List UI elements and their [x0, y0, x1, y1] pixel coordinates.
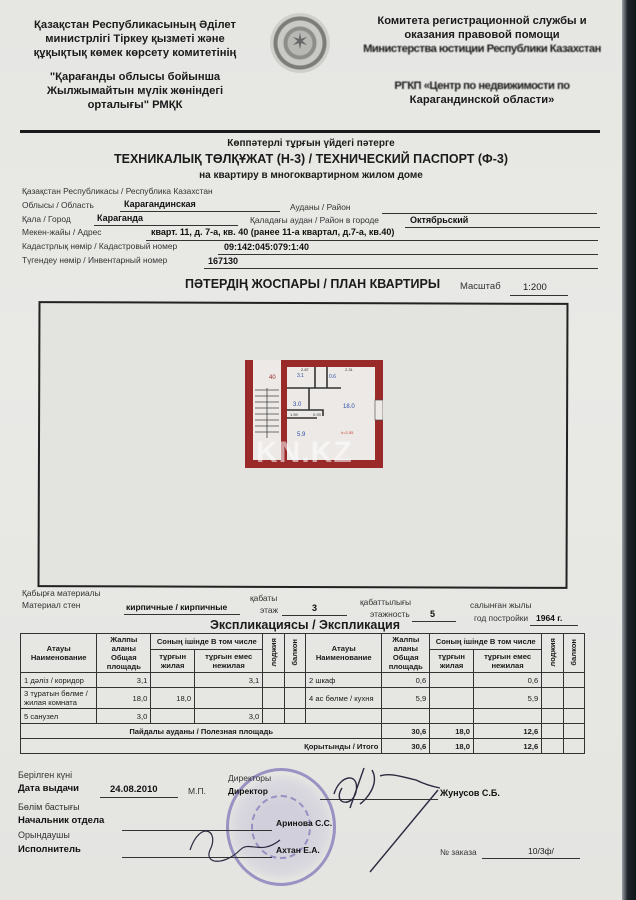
svg-text:h=2.55: h=2.55	[341, 430, 354, 435]
signature	[320, 764, 450, 874]
address-label: Мекен-жайы / Адрес	[22, 227, 101, 237]
year-label-ru: год постройки	[474, 613, 528, 623]
issue-label-kz: Берілген күні	[18, 770, 72, 780]
region-value: Карагандинская	[124, 199, 196, 209]
header-right-line: Карагандинской области»	[352, 93, 612, 107]
state-emblem-icon: ✶	[270, 13, 330, 73]
floor-label-ru: этаж	[260, 605, 278, 615]
header-left-line: Жылжымайтын мүлік жөніндегі	[20, 84, 250, 98]
col-total-2: Жалпы аланы Общая площадь	[382, 634, 430, 673]
country-label: Қазақстан Республикасы / Республика Каза…	[22, 186, 213, 196]
svg-text:3.0: 3.0	[293, 402, 302, 408]
year-value: 1964 г.	[536, 613, 562, 623]
col-balcony: балкон	[290, 639, 299, 666]
director-label-kz: Директоры	[228, 773, 271, 783]
floor-value: 3	[312, 603, 317, 613]
total-row: Қорытынды / Итого 30,6 18,0 12,6	[21, 739, 585, 754]
wall-value: кирпичные / кирпичные	[126, 602, 227, 612]
head-label-kz: Бөлім бастығы	[18, 802, 80, 812]
mp-label: М.П.	[188, 786, 206, 796]
page-edge	[622, 0, 636, 900]
svg-text:1.59: 1.59	[290, 412, 299, 417]
explication-table: Атауы Наименование Жалпы аланы Общая пло…	[20, 633, 585, 754]
director-label-ru: Директор	[228, 786, 268, 796]
col-nonliving-2: тұрғын емес нежилая	[473, 650, 541, 673]
watermark: KN.KZ	[256, 436, 353, 470]
header-right-line: Комитета регистрационной службы и	[352, 14, 612, 28]
issue-label-ru: Дата выдачи	[18, 783, 79, 794]
inventory-label: Түгендеу нөмір / Инвентарный номер	[22, 255, 167, 265]
col-name: Атауы Наименование	[21, 634, 97, 673]
table-row: 5 санузел3,0 3,0	[21, 709, 585, 724]
svg-text:3.1: 3.1	[297, 373, 304, 379]
header-right-line: Министерства юстиции Республики Казахста…	[352, 42, 612, 56]
svg-text:0.6: 0.6	[329, 374, 336, 380]
cadastral-label: Кадастрлық нөмір / Кадастровый номер	[22, 241, 177, 251]
col-name-2: Атауы Наименование	[306, 634, 382, 673]
city-district-label: Қаладағы аудан / Район в городе	[250, 215, 379, 225]
table-row: 1 дәліз / коридор3,1 3,1 2 шкаф0,6 0,6	[21, 673, 585, 688]
inventory-value: 167130	[208, 256, 238, 266]
header-left-line: "Қарағанды облысы бойынша	[20, 70, 250, 84]
col-loggia: лоджия	[269, 638, 278, 667]
exec-label-kz: Орындаушы	[18, 830, 70, 840]
svg-text:2.31: 2.31	[345, 367, 354, 372]
col-total: Жалпы аланы Общая площадь	[97, 634, 151, 673]
svg-text:0.93: 0.93	[313, 412, 322, 417]
floors-value: 5	[430, 609, 435, 619]
table-row: 3 тұратын бөлме / жилая комната18,0 18,0…	[21, 688, 585, 709]
city-district-value: Октябрьский	[410, 215, 468, 225]
head-label-ru: Начальник отдела	[18, 815, 104, 826]
document-title: ТЕХНИКАЛЫҚ ТӨЛҚҰЖАТ (Н-3) / ТЕХНИЧЕСКИЙ …	[0, 152, 622, 166]
svg-text:2.87: 2.87	[301, 367, 310, 372]
scale-label: Масштаб	[460, 281, 501, 292]
useful-area-row: Пайдалы ауданы / Полезная площадь 30,6 1…	[21, 724, 585, 739]
col-living-2: тұрғын жилая	[430, 650, 474, 673]
explication-title: Экспликациясы / Экспликация	[210, 618, 400, 632]
header-right-line: РГКП «Центр по недвижимости по	[352, 79, 612, 93]
order-value: 10/3ф/	[528, 846, 554, 856]
wall-label-kz: Қабырға материалы	[22, 588, 101, 598]
exec-label-ru: Исполнитель	[18, 844, 81, 855]
floors-label-kz: қабаттылығы	[360, 597, 411, 607]
header-left-line: орталығы" РМҚК	[20, 98, 250, 112]
city-value: Караганда	[97, 213, 143, 223]
header-right-line: оказания правовой помощи	[352, 28, 612, 42]
city-label: Қала / Город	[22, 214, 71, 224]
col-incl: Соның ішінде В том числе	[151, 634, 263, 650]
header-right: Комитета регистрационной службы и оказан…	[352, 14, 612, 107]
document-page: Қазақстан Республикасының Әділет министр…	[0, 0, 622, 900]
scale-value: 1:200	[523, 282, 547, 293]
title-pre: Көппәтерлі тұрғын үйдегі пәтерге	[0, 138, 622, 149]
col-balcony-2: балкон	[569, 639, 578, 666]
district-label: Ауданы / Район	[290, 202, 351, 212]
wall-label-ru: Материал стен	[22, 600, 80, 610]
header-left: Қазақстан Республикасының Әділет министр…	[20, 18, 250, 112]
svg-text:40: 40	[269, 375, 276, 381]
header-left-line: Қазақстан Республикасының Әділет	[20, 18, 250, 32]
year-label-kz: салынған жылы	[470, 600, 532, 610]
col-living: тұрғын жилая	[151, 650, 195, 673]
floor-label-kz: қабаты	[250, 593, 277, 603]
title-sub: на квартиру в многоквартирном жилом доме	[0, 170, 622, 181]
header-left-line: министрлігі Тіркеу қызметі және	[20, 32, 250, 46]
issue-date: 24.08.2010	[110, 784, 158, 795]
col-nonliving: тұрғын емес нежилая	[195, 650, 263, 673]
region-label: Облысы / Область	[22, 200, 94, 210]
col-loggia-2: лоджия	[548, 638, 557, 667]
header-divider	[20, 130, 600, 133]
header-left-line: құқықтық көмек көрсету комитетінің	[20, 46, 250, 60]
address-value: кварт. 11, д. 7-а, кв. 40 (ранее 11-а кв…	[151, 227, 394, 237]
svg-text:18.0: 18.0	[343, 404, 355, 410]
cadastral-value: 09:142:045:079:1:40	[224, 242, 309, 252]
signature-exec	[180, 820, 290, 870]
col-incl-2: Соның ішінде В том числе	[430, 634, 542, 650]
plan-title: ПӘТЕРДІҢ ЖОСПАРЫ / ПЛАН КВАРТИРЫ	[185, 277, 440, 291]
